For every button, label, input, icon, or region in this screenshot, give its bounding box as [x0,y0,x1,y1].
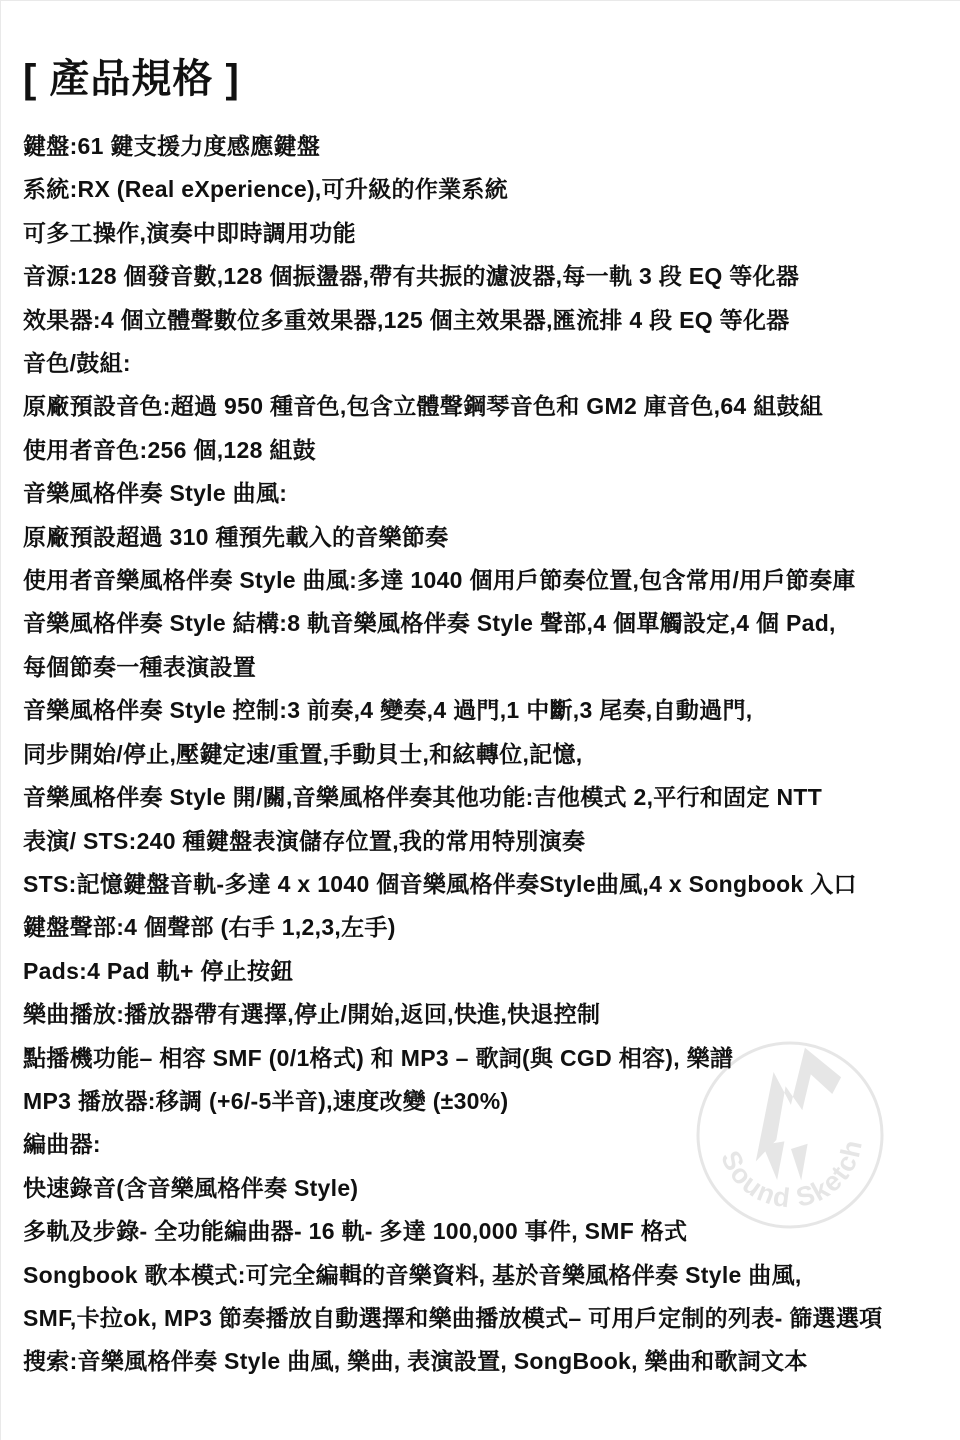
spec-line: MP3 播放器:移調 (+6/-5半音),速度改變 (±30%) [23,1080,944,1123]
spec-line: 多軌及步錄- 全功能編曲器- 16 軌- 多達 100,000 事件, SMF … [23,1210,944,1253]
spec-line: SMF,卡拉ok, MP3 節奏播放自動選擇和樂曲播放模式– 可用戶定制的列表-… [23,1297,944,1340]
product-spec-sheet: Sound Sketch [ 產品規格 ] 鍵盤:61 鍵支援力度感應鍵盤系統:… [0,0,960,1440]
spec-line: 搜索:音樂風格伴奏 Style 曲風, 樂曲, 表演設置, SongBook, … [23,1340,944,1383]
spec-line: 點播機功能– 相容 SMF (0/1格式) 和 MP3 – 歌詞(與 CGD 相… [23,1037,944,1080]
spec-line: 使用者音樂風格伴奏 Style 曲風:多達 1040 個用戶節奏位置,包含常用/… [23,559,944,602]
spec-line: 系統:RX (Real eXperience),可升級的作業系統 [23,168,944,211]
spec-line: 原廠預設超過 310 種預先載入的音樂節奏 [23,516,944,559]
spec-line: 可多工操作,演奏中即時調用功能 [23,212,944,255]
spec-line: 音樂風格伴奏 Style 控制:3 前奏,4 變奏,4 過門,1 中斷,3 尾奏… [23,689,944,732]
spec-line: 音樂風格伴奏 Style 曲風: [23,472,944,515]
spec-line: 音源:128 個發音數,128 個振盪器,帶有共振的濾波器,每一軌 3 段 EQ… [23,255,944,298]
spec-line: 使用者音色:256 個,128 組鼓 [23,429,944,472]
spec-line: STS:記憶鍵盤音軌-多達 4 x 1040 個音樂風格伴奏Style曲風,4 … [23,863,944,906]
spec-line: 音樂風格伴奏 Style 結構:8 軌音樂風格伴奏 Style 聲部,4 個單觸… [23,602,944,645]
spec-line: 每個節奏一種表演設置 [23,646,944,689]
spec-line: 編曲器: [23,1123,944,1166]
spec-line: 音樂風格伴奏 Style 開/關,音樂風格伴奏其他功能:吉他模式 2,平行和固定… [23,776,944,819]
spec-line: 鍵盤聲部:4 個聲部 (右手 1,2,3,左手) [23,906,944,949]
spec-line: 樂曲播放:播放器帶有選擇,停止/開始,返回,快進,快退控制 [23,993,944,1036]
page-title: [ 產品規格 ] [23,55,240,103]
spec-line: 效果器:4 個立體聲數位多重效果器,125 個主效果器,匯流排 4 段 EQ 等… [23,299,944,342]
spec-lines: 鍵盤:61 鍵支援力度感應鍵盤系統:RX (Real eXperience),可… [23,125,944,1384]
spec-line: 鍵盤:61 鍵支援力度感應鍵盤 [23,125,944,168]
spec-line: 原廠預設音色:超過 950 種音色,包含立體聲鋼琴音色和 GM2 庫音色,64 … [23,385,944,428]
spec-line: 音色/鼓組: [23,342,944,385]
spec-line: 表演/ STS:240 種鍵盤表演儲存位置,我的常用特別演奏 [23,820,944,863]
spec-line: Songbook 歌本模式:可完全編輯的音樂資料, 基於音樂風格伴奏 Style… [23,1254,944,1297]
spec-line: 快速錄音(含音樂風格伴奏 Style) [23,1167,944,1210]
spec-line: Pads:4 Pad 軌+ 停止按鈕 [23,950,944,993]
spec-line: 同步開始/停止,壓鍵定速/重置,手動貝士,和絃轉位,記憶, [23,733,944,776]
